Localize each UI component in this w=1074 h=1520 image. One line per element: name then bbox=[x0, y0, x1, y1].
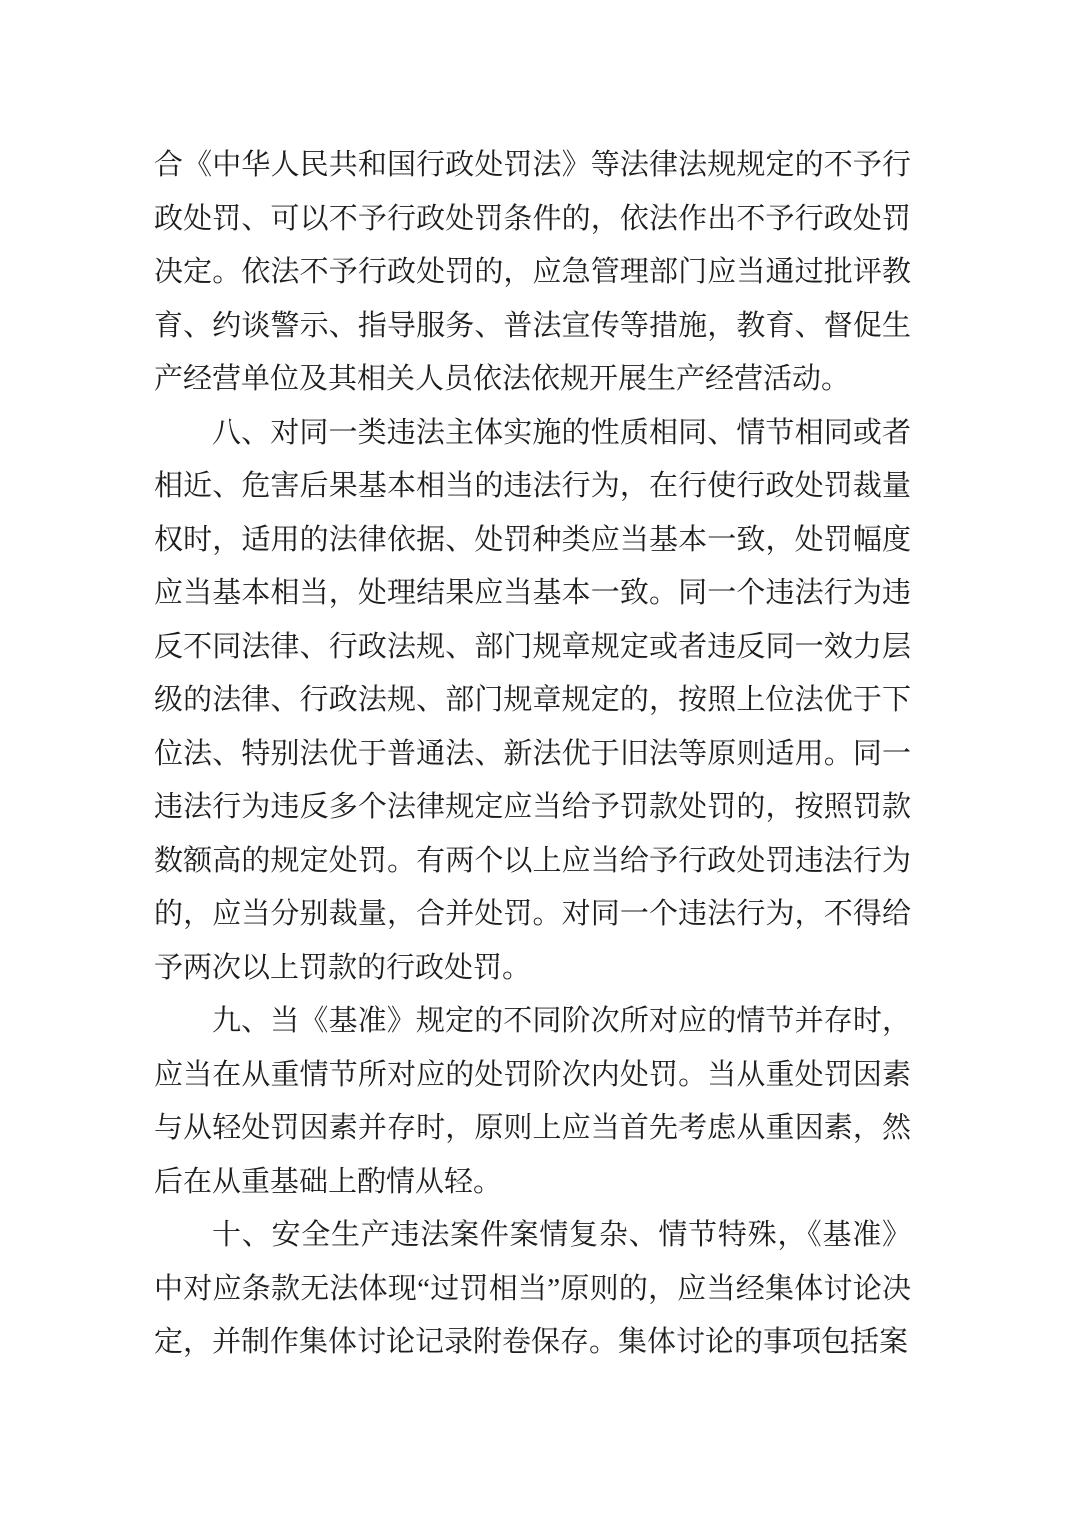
paragraph-item-9: 九、当《基准》规定的不同阶次所对应的情节并存时，应当在从重情节所对应的处罚阶次内… bbox=[154, 995, 911, 1209]
paragraph-continuation: 合《中华人民共和国行政处罚法》等法律法规规定的不予行政处罚、可以不予行政处罚条件… bbox=[154, 139, 911, 407]
paragraph-item-10: 十、安全生产违法案件案情复杂、情节特殊，《基准》中对应条款无法体现“过罚相当”原… bbox=[154, 1209, 911, 1370]
document-page: 合《中华人民共和国行政处罚法》等法律法规规定的不予行政处罚、可以不予行政处罚条件… bbox=[0, 0, 1074, 1520]
paragraph-item-8: 八、对同一类违法主体实施的性质相同、情节相同或者相近、危害后果基本相当的违法行为… bbox=[154, 407, 911, 996]
document-body: 合《中华人民共和国行政处罚法》等法律法规规定的不予行政处罚、可以不予行政处罚条件… bbox=[154, 139, 911, 1370]
